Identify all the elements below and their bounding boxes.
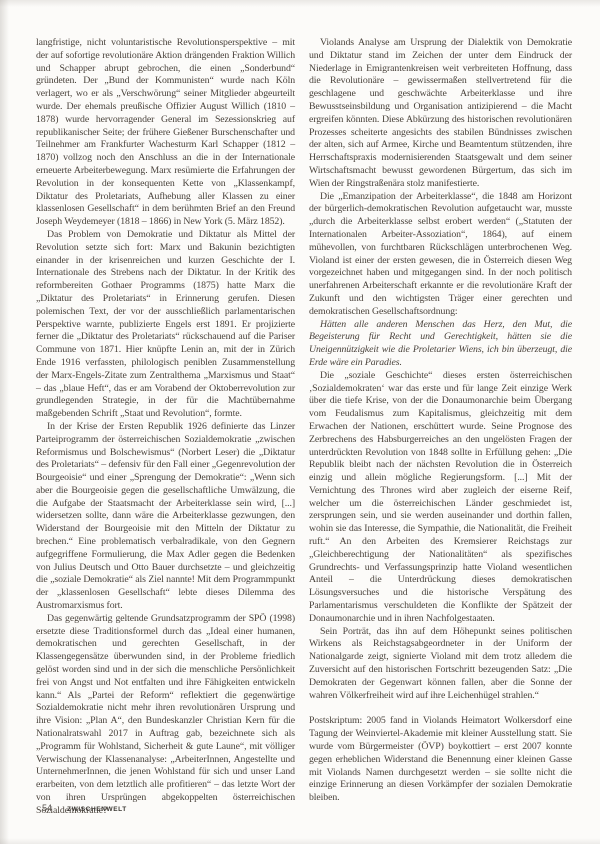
scanned-journal-page: langfristige, nicht voluntaristische Rev… — [0, 0, 600, 844]
paragraph: Die „soziale Geschichte“ dieses ersten ö… — [309, 370, 572, 626]
paragraph: Die „Emanzipation der Arbeiterklasse“, d… — [309, 191, 572, 319]
scan-shadow-left — [0, 0, 9, 844]
scan-shadow-bottom — [0, 838, 600, 844]
right-text-column: Violands Analyse am Ursprung der Dialekt… — [309, 37, 572, 805]
paragraph: Das gegenwärtig geltende Grundsatzprogra… — [36, 613, 295, 818]
page-footer: 54 ZWISCHENWELT — [42, 803, 127, 813]
paragraph: Das Problem von Demokratie und Diktatur … — [36, 229, 295, 421]
left-text-column: langfristige, nicht voluntaristische Rev… — [36, 37, 295, 818]
scan-shadow-top — [0, 0, 600, 7]
paragraph: Violands Analyse am Ursprung der Dialekt… — [309, 37, 572, 191]
page-number: 54 — [42, 803, 52, 813]
paragraph: langfristige, nicht voluntaristische Rev… — [36, 37, 295, 229]
paragraph: Hätten alle anderen Menschen das Herz, d… — [309, 319, 572, 370]
paragraph: Postskriptum: 2005 fand in Violands Heim… — [309, 715, 572, 805]
paragraph: Sein Porträt, das ihn auf dem Höhepunkt … — [309, 626, 572, 703]
journal-name: ZWISCHENWELT — [67, 806, 127, 813]
paragraph: In der Krise der Ersten Republik 1926 de… — [36, 421, 295, 613]
